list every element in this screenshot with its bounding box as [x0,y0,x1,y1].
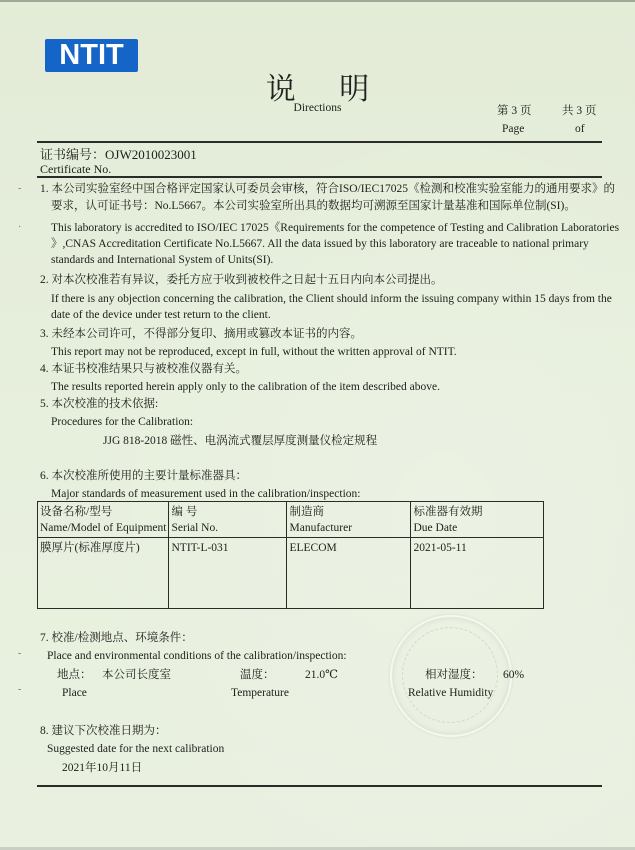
item-6-en: Major standards of measurement used in t… [51,486,360,502]
place-label-en: Place [62,685,87,701]
item-1-cn-line2: 要求，认可证书号：No.L5667。本公司实验室所出具的数据均可溯源至国家计量基… [51,198,576,214]
table-header-cell: 设备名称/型号 Name/Model of Equipment [38,502,169,538]
item-6-cn: 6. 本次校准所使用的主要计量标准器具： [40,468,247,484]
certificate-number: 证书编号：OJW2010023001 [40,144,197,163]
temperature-label-cn: 温度： [240,667,275,683]
header-cn: 制造商 [289,504,408,520]
item-4-en: The results reported herein apply only t… [51,379,440,395]
item-7-cn: 7. 校准/检测地点、环境条件： [40,630,193,646]
place-label-cn: 地点： [57,667,92,683]
header-en: Manufacturer [289,520,408,536]
header-divider [37,141,602,143]
page-title-en: Directions [0,102,635,114]
place-value: 本公司长度室 [102,667,171,683]
page-top-edge [0,0,635,2]
page-number-en: Page [502,123,524,135]
humidity-label-en: Relative Humidity [408,685,493,701]
table-cell-manufacturer: ELECOM [287,538,411,609]
margin-mark: - [18,183,21,194]
table-header-cell: 编 号 Serial No. [169,502,287,538]
item-2-en-line1: If there is any objection concerning the… [51,291,612,307]
certificate-label-cn: 证书编号： [40,147,105,162]
certificate-page: NTIT 说 明 Directions 第 3 页 共 3 页 Page of … [0,0,635,850]
item-8-en: Suggested date for the next calibration [47,741,224,757]
header-cn: 标准器有效期 [413,504,541,520]
item-5-en: Procedures for the Calibration: [51,414,193,430]
table-cell-equipment: 膜厚片(标准厚度片) [38,538,169,609]
table-header-row: 设备名称/型号 Name/Model of Equipment 编 号 Seri… [38,502,544,538]
header-cn: 编 号 [171,504,284,520]
item-1-en-line3: standards and International System of Un… [51,252,273,268]
header-en: Name/Model of Equipment [40,520,166,536]
page-number-cn: 第 3 页 [497,102,532,118]
margin-mark: · [18,222,21,233]
table-header-cell: 制造商 Manufacturer [287,502,411,538]
certificate-label-en: Certificate No. [40,162,111,177]
humidity-value: 60% [503,667,524,683]
item-3-en: This report may not be reproduced, excep… [51,344,457,360]
humidity-label-cn: 相对湿度： [425,667,483,683]
table-cell-due-date: 2021-05-11 [411,538,544,609]
temperature-value: 21.0℃ [305,667,338,683]
table-row: 膜厚片(标准厚度片) NTIT-L-031 ELECOM 2021-05-11 [38,538,544,609]
item-5-cn: 5. 本次校准的技术依据: [40,396,158,412]
item-3-cn: 3. 未经本公司许可，不得部分复印、摘用或篡改本证书的内容。 [40,326,362,342]
page-total-en: of [575,123,585,135]
table-header-cell: 标准器有效期 Due Date [411,502,544,538]
item-7-en: Place and environmental conditions of th… [47,648,347,664]
footer-divider [37,785,602,787]
item-1-en-line1: This laboratory is accredited to ISO/IEC… [51,220,619,236]
temperature-label-en: Temperature [231,685,289,701]
calibration-procedure: JJG 818-2018 磁性、电涡流式覆层厚度测量仪检定规程 [103,433,377,449]
margin-mark: - [18,684,21,695]
standards-table: 设备名称/型号 Name/Model of Equipment 编 号 Seri… [37,501,544,609]
item-8-cn: 8. 建议下次校准日期为： [40,723,167,739]
table-cell-serial: NTIT-L-031 [169,538,287,609]
certificate-number-value: OJW2010023001 [105,147,197,162]
next-calibration-date: 2021年10月11日 [62,760,142,776]
item-1-en-line2: 》,CNAS Accreditation Certificate No.L566… [51,236,589,252]
header-cn: 设备名称/型号 [40,504,166,520]
header-en: Serial No. [171,520,284,536]
certificate-divider [37,176,602,178]
item-2-cn: 2. 对本次校准若有异议，委托方应于收到被校件之日起十五日内向本公司提出。 [40,272,443,288]
item-4-cn: 4. 本证书校准结果只与被校准仪器有关。 [40,361,247,377]
page-total-cn: 共 3 页 [562,102,597,118]
margin-mark: - [18,648,21,659]
header-en: Due Date [413,520,541,536]
item-1-cn-line1: 1. 本公司实验室经中国合格评定国家认可委员会审核，符合ISO/IEC17025… [40,181,615,197]
item-2-en-line2: date of the device under test return to … [51,307,271,323]
